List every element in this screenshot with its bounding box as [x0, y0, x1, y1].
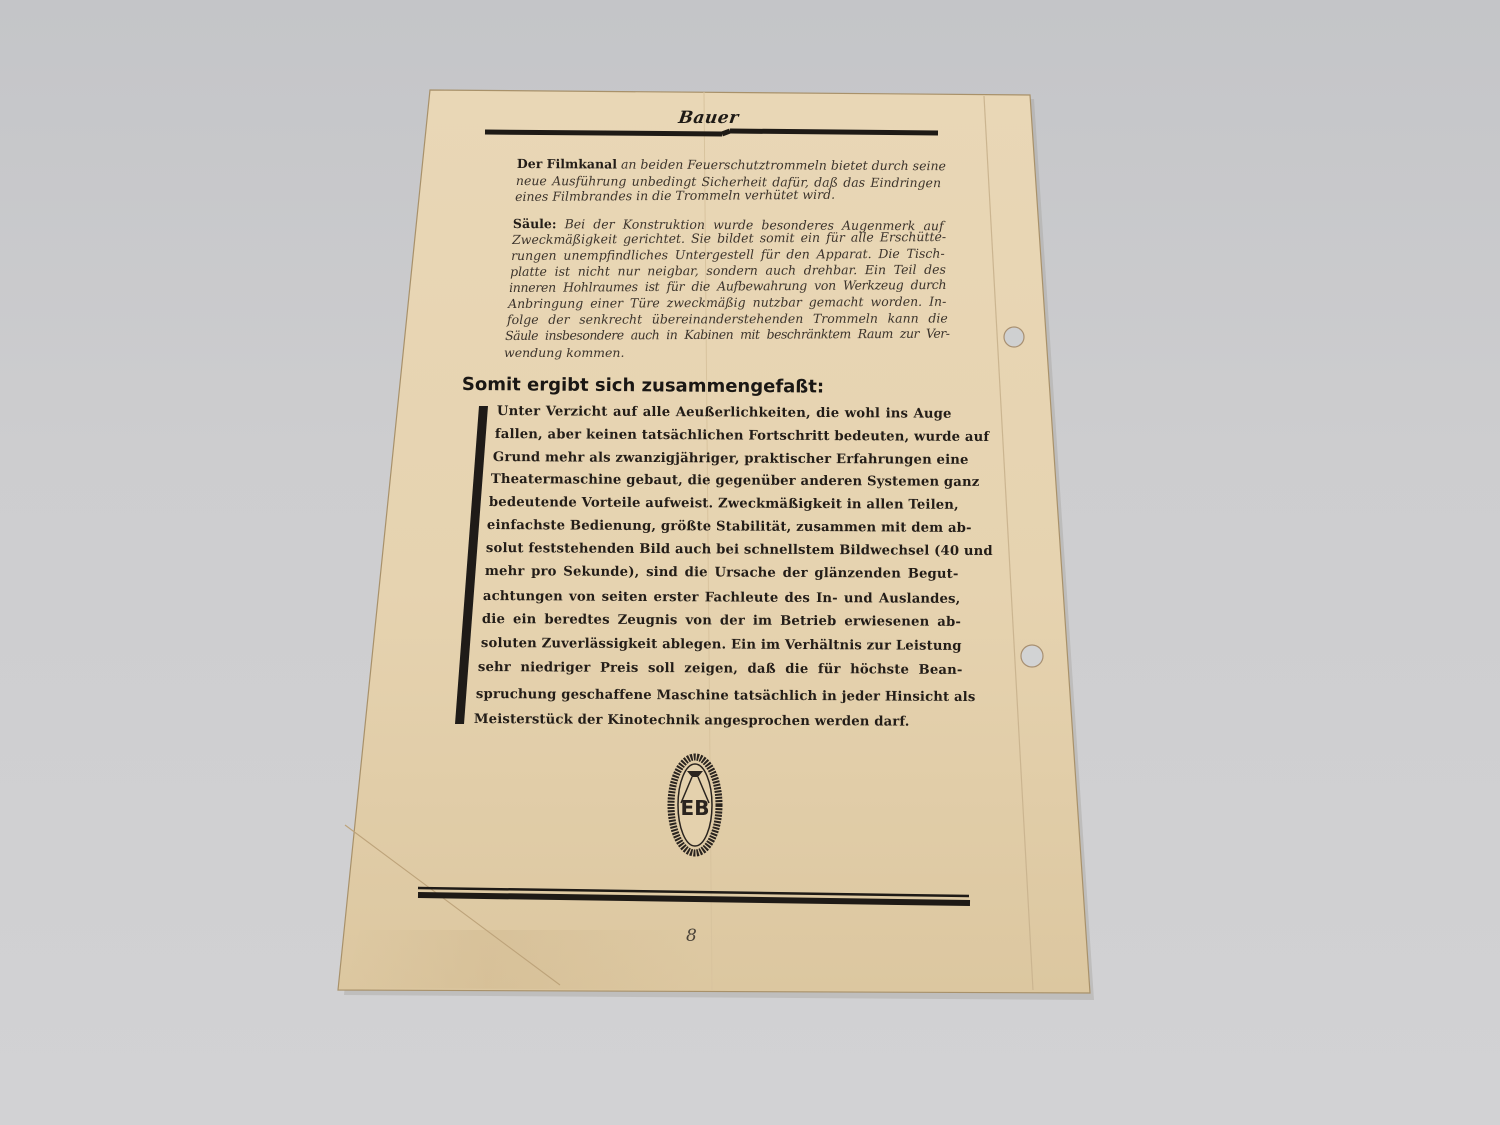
punch-hole-bottom	[1021, 645, 1043, 667]
filmkanal-lead: Der Filmkanal	[517, 156, 617, 172]
summary-line: soluten Zuverlässigkeit ablegen. Ein im …	[481, 636, 962, 654]
intro-paragraph-2-line-2: Zweckmäßigkeit gerichtet. Sie bildet som…	[512, 229, 946, 247]
intro-paragraph-2-line-5: inneren Hohlraumes ist für die Aufbewahr…	[509, 277, 946, 295]
summary-line: Meisterstück der Kinotechnik angesproche…	[474, 712, 910, 730]
intro-paragraph-2-line-7: folge der senkrecht übereinanderstehende…	[507, 310, 948, 327]
saeule-lead: Säule:	[513, 216, 557, 231]
intro-paragraph-2-line-3: rungen unempfindliches Untergestell für …	[511, 246, 945, 263]
intro-paragraph-1-line-1: Der Filmkanal an beiden Feuerschutztromm…	[517, 156, 946, 173]
emblem-letters: EB	[681, 796, 710, 820]
summary-line: mehr pro Sekunde), sind die Ursache der …	[485, 564, 959, 582]
summary-line: sehr niedriger Preis soll zeigen, daß di…	[478, 660, 963, 678]
summary-heading: Somit ergibt sich zusammengefaßt:	[462, 374, 824, 398]
summary-line: spruchung geschaffene Maschine tatsächli…	[476, 687, 976, 705]
brand-wordmark: Bauer	[677, 108, 740, 128]
summary-line: Unter Verzicht auf alle Aeußerlichkeiten…	[497, 404, 952, 422]
summary-line: die ein beredtes Zeugnis von der im Betr…	[482, 612, 961, 630]
summary-line: achtungen von seiten erster Fachleute de…	[483, 589, 961, 607]
punch-hole-top	[1004, 327, 1024, 347]
summary-line: Grund mehr als zwanzigjähriger, praktisc…	[493, 450, 969, 468]
summary-line: fallen, aber keinen tatsächlichen Fortsc…	[495, 427, 989, 445]
summary-line: Theatermaschine gebaut, die gegenüber an…	[491, 472, 980, 490]
text-run: an beiden Feuerschutztrommeln bietet dur…	[617, 157, 946, 174]
intro-paragraph-2-line-8: Säule insbesondere auch in Kabinen mit b…	[505, 326, 950, 343]
summary-line: einfachste Bedienung, größte Stabilität,…	[487, 518, 972, 536]
page-number: 8	[686, 926, 697, 946]
summary-line: solut feststehenden Bild auch bei schnel…	[486, 541, 993, 559]
summary-line: bedeutende Vorteile aufweist. Zweckmäßig…	[489, 495, 959, 513]
intro-paragraph-2-line-6: Anbringung einer Türe zweckmäßig nutzbar…	[508, 294, 946, 311]
intro-paragraph-2-line-9: wendung kommen.	[504, 345, 624, 360]
intro-paragraph-1-line-3: eines Filmbrandes in die Trommeln verhüt…	[515, 187, 835, 204]
header-rule	[485, 131, 938, 134]
